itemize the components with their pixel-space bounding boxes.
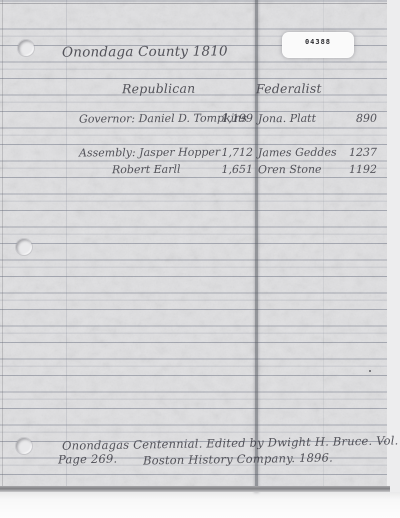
row-assembly1-republican-votes: 1,712 <box>203 146 253 159</box>
paper-texture <box>0 0 387 490</box>
paper-left-edge <box>2 0 3 490</box>
margin-line <box>66 0 67 490</box>
hole-punch-middle <box>16 239 32 255</box>
vertical-crease <box>255 0 258 492</box>
paper-top-edge <box>0 3 387 4</box>
citation-page: Page 269. <box>58 452 118 467</box>
row-governor-federalist-votes: 890 <box>327 112 377 125</box>
row-assembly1-federalist-name: James Geddes <box>258 146 337 160</box>
column-header-federalist: Federalist <box>256 81 322 96</box>
row-governor-federalist-name: Jona. Platt <box>258 112 316 125</box>
page-title: Onondaga County 1810 <box>62 43 228 60</box>
scanned-document: 04388 Onondaga County 1810 Republican Fe… <box>0 0 400 518</box>
hole-punch-top <box>18 40 34 56</box>
citation-line1: Onondagas Centennial. Edited by Dwight H… <box>62 433 400 452</box>
stray-mark <box>369 370 371 372</box>
office-label: Assembly: <box>79 146 136 159</box>
notebook-page: 04388 Onondaga County 1810 Republican Fe… <box>0 0 387 490</box>
hole-punch-bottom <box>16 438 32 454</box>
row-assembly2-republican-name: Robert Earll <box>112 163 181 176</box>
row-assembly2-federalist-name: Oren Stone <box>258 163 322 176</box>
row-assembly1-federalist-votes: 1237 <box>327 146 377 159</box>
citation-publisher: Boston History Company. 1896. <box>143 451 333 468</box>
row-assembly2-republican-votes: 1,651 <box>203 163 253 176</box>
scanner-background-bottom <box>0 492 400 518</box>
column-header-republican: Republican <box>122 81 195 97</box>
row-assembly1-republican-name: Assembly: Jasper Hopper <box>79 146 220 160</box>
row-governor-republican-votes: 1,199 <box>203 112 253 125</box>
catalog-number: 04388 <box>305 38 331 46</box>
row-assembly2-federalist-votes: 1192 <box>327 163 377 176</box>
paper-bottom-edge <box>0 486 390 492</box>
showthrough-line <box>323 0 324 490</box>
catalog-number-sticker: 04388 <box>282 32 354 58</box>
office-label: Governor: <box>79 112 135 125</box>
